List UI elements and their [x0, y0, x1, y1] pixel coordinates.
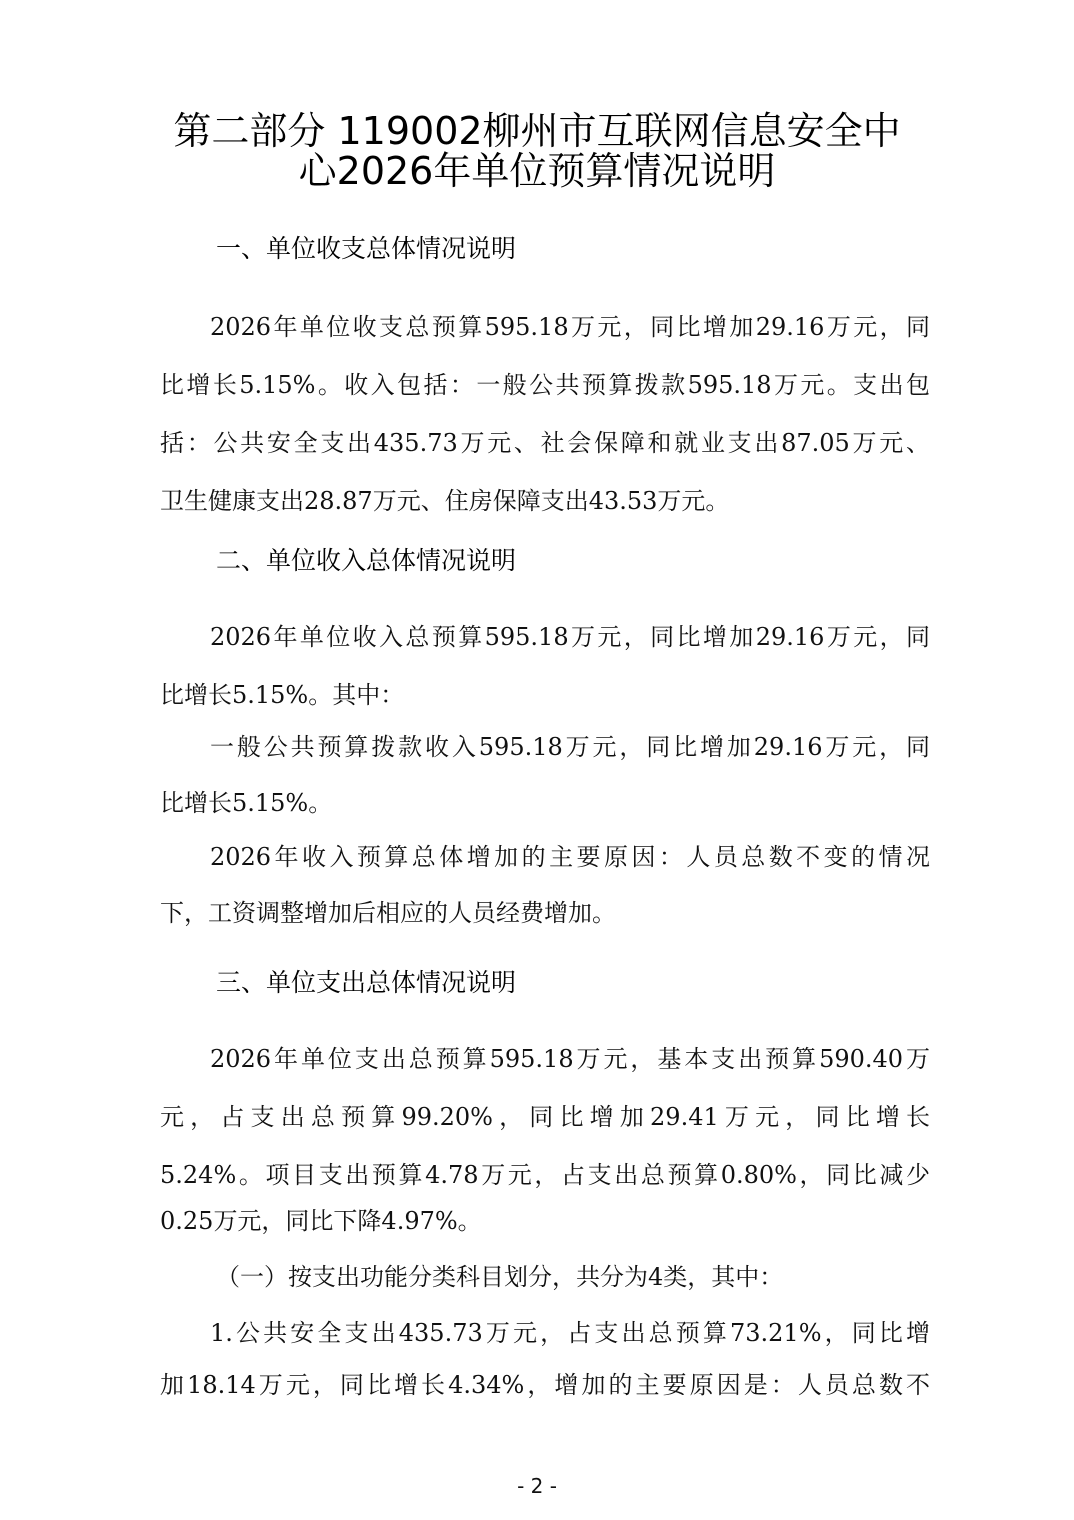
section-heading-income-expense: 一、单位收支总体情况说明 [216, 234, 516, 264]
paragraph-line: 1.公共安全支出435.73万元，占支出总预算73.21%，同比增 [210, 1318, 930, 1348]
document-page: 第二部分 119002柳州市互联网信息安全中 心2026年单位预算情况说明 一、… [0, 0, 1074, 1520]
paragraph-line: 一般公共预算拨款收入595.18万元，同比增加29.16万元，同 [210, 732, 930, 762]
paragraph-line: 2026年单位支出总预算595.18万元，基本支出预算590.40万 [210, 1044, 930, 1074]
section-heading-expense: 三、单位支出总体情况说明 [216, 968, 516, 998]
paragraph-line: 卫生健康支出28.87万元、住房保障支出43.53万元。 [160, 486, 930, 516]
paragraph-line: 加18.14万元，同比增长4.34%，增加的主要原因是：人员总数不 [160, 1370, 930, 1400]
paragraph-line: 下，工资调整增加后相应的人员经费增加。 [160, 898, 930, 928]
paragraph-line: 元，占支出总预算99.20%，同比增加29.41万元，同比增长 [160, 1102, 930, 1132]
paragraph-line: 比增长5.15%。其中： [160, 680, 930, 710]
paragraph-line: 0.25万元，同比下降4.97%。 [160, 1206, 930, 1236]
paragraph-line: 比增长5.15%。收入包括：一般公共预算拨款595.18万元。支出包 [160, 370, 930, 400]
section-heading-income: 二、单位收入总体情况说明 [216, 546, 516, 576]
document-title-line-2: 心2026年单位预算情况说明 [0, 148, 1074, 194]
page-number: - 2 - [0, 1474, 1074, 1498]
paragraph-line: 2026年收入预算总体增加的主要原因：人员总数不变的情况 [210, 842, 930, 872]
paragraph-line: 2026年单位收支总预算595.18万元，同比增加29.16万元，同 [210, 312, 930, 342]
paragraph-line: 括：公共安全支出435.73万元、社会保障和就业支出87.05万元、 [160, 428, 930, 458]
paragraph-line: 比增长5.15%。 [160, 788, 930, 818]
paragraph-line: （一）按支出功能分类科目划分，共分为4类，其中： [216, 1262, 986, 1292]
paragraph-line: 2026年单位收入总预算595.18万元，同比增加29.16万元，同 [210, 622, 930, 652]
paragraph-line: 5.24%。项目支出预算4.78万元，占支出总预算0.80%，同比减少 [160, 1160, 930, 1190]
